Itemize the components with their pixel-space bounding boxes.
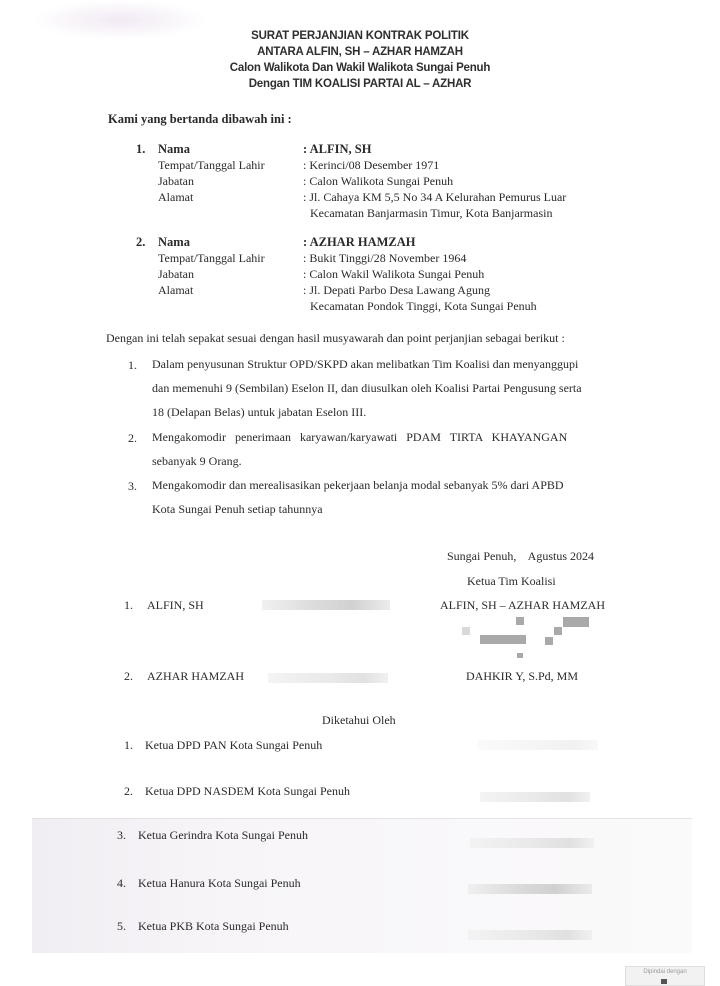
signature-redacted <box>268 673 388 683</box>
field-value-name: : AZHAR HAMZAH <box>303 235 416 250</box>
acknowledged-title: Diketahui Oleh <box>322 713 396 728</box>
signatory-name: ALFIN, SH <box>147 598 204 613</box>
signature-redacted <box>262 600 390 610</box>
field-value-birth: : Kerinci/08 Desember 1971 <box>303 158 439 173</box>
field-value-name: : ALFIN, SH <box>303 142 371 157</box>
ack-number: 2. <box>124 784 133 799</box>
ack-item: Ketua Hanura Kota Sungai Penuh <box>138 876 301 891</box>
field-label: Tempat/Tanggal Lahir <box>158 251 265 266</box>
field-value-birth: : Bukit Tinggi/28 November 1964 <box>303 251 466 266</box>
point-line: Dalam penyusunan Struktur OPD/SKPD akan … <box>152 352 582 376</box>
point-number: 3. <box>128 479 137 494</box>
place-date: Sungai Penuh, Agustus 2024 <box>447 549 594 564</box>
field-value-address: : Jl. Depati Parbo Desa Lawang Agung <box>303 283 490 298</box>
field-label: Nama <box>158 235 190 250</box>
signature-redacted <box>468 884 592 894</box>
party-number: 1. <box>136 142 145 157</box>
party-number: 2. <box>136 235 145 250</box>
signature-redacted <box>468 930 592 940</box>
document-subtitle: ANTARA ALFIN, SH – AZHAR HAMZAH <box>0 46 720 58</box>
point-number: 2. <box>128 431 137 446</box>
ack-item: Ketua DPD PAN Kota Sungai Penuh <box>145 738 322 753</box>
scanner-watermark: Dipindai dengan <box>625 966 705 986</box>
agreement-intro: Dengan ini telah sepakat sesuai dengan h… <box>106 331 565 346</box>
ack-item: Ketua DPD NASDEM Kota Sungai Penuh <box>145 784 350 799</box>
point-line: dan memenuhi 9 (Sembilan) Eselon II, dan… <box>152 376 582 400</box>
ack-item: Ketua PKB Kota Sungai Penuh <box>138 919 289 934</box>
point-3: Mengakomodir dan merealisasikan pekerjaa… <box>152 473 564 521</box>
point-1: Dalam penyusunan Struktur OPD/SKPD akan … <box>152 352 582 424</box>
point-number: 1. <box>128 358 137 373</box>
field-label: Alamat <box>158 190 193 205</box>
point-line: Mengakomodir dan merealisasikan pekerjaa… <box>152 473 564 497</box>
field-label: Nama <box>158 142 190 157</box>
point-line: Kota Sungai Penuh setiap tahunnya <box>152 497 564 521</box>
signatory-number: 2. <box>124 669 133 684</box>
signatory-number: 1. <box>124 598 133 613</box>
ack-number: 4. <box>117 876 126 891</box>
ack-number: 1. <box>124 738 133 753</box>
watermark-text: Dipindai dengan <box>626 967 704 977</box>
point-line: Mengakomodir penerimaan karyawan/karyawa… <box>152 425 567 449</box>
ack-item: Ketua Gerindra Kota Sungai Penuh <box>138 828 308 843</box>
signature-redacted <box>478 740 598 750</box>
document-subtitle-3: Dengan TIM KOALISI PARTAI AL – AZHAR <box>0 78 720 90</box>
intro-text: Kami yang bertanda dibawah ini : <box>108 112 292 127</box>
ack-number: 5. <box>117 919 126 934</box>
point-line: 18 (Delapan Belas) untuk jabatan Eselon … <box>152 400 582 424</box>
field-value-position: : Calon Wakil Walikota Sungai Penuh <box>303 267 484 282</box>
point-2: Mengakomodir penerimaan karyawan/karyawa… <box>152 425 567 473</box>
field-label: Jabatan <box>158 174 194 189</box>
field-label: Tempat/Tanggal Lahir <box>158 158 265 173</box>
coalition-chair: DAHKIR Y, S.Pd, MM <box>466 669 578 684</box>
document-title: SURAT PERJANJIAN KONTRAK POLITIK <box>0 30 720 42</box>
ack-number: 3. <box>117 828 126 843</box>
field-value-address: : Jl. Cahaya KM 5,5 No 34 A Kelurahan Pe… <box>303 190 566 205</box>
field-label: Jabatan <box>158 267 194 282</box>
field-value-position: : Calon Walikota Sungai Penuh <box>303 174 453 189</box>
signature-redacted <box>480 792 590 802</box>
field-label: Alamat <box>158 283 193 298</box>
field-value-address-2: Kecamatan Pondok Tinggi, Kota Sungai Pen… <box>310 299 537 314</box>
document-subtitle-2: Calon Walikota Dan Wakil Walikota Sungai… <box>0 62 720 74</box>
field-value-address-2: Kecamatan Banjarmasin Timur, Kota Banjar… <box>310 206 552 221</box>
scanner-logo-icon <box>661 979 667 984</box>
coalition-title: Ketua Tim Koalisi <box>467 574 556 589</box>
point-line: sebanyak 9 Orang. <box>152 449 567 473</box>
signature-redacted <box>470 838 594 848</box>
coalition-names: ALFIN, SH – AZHAR HAMZAH <box>440 598 605 613</box>
signatory-name: AZHAR HAMZAH <box>147 669 244 684</box>
